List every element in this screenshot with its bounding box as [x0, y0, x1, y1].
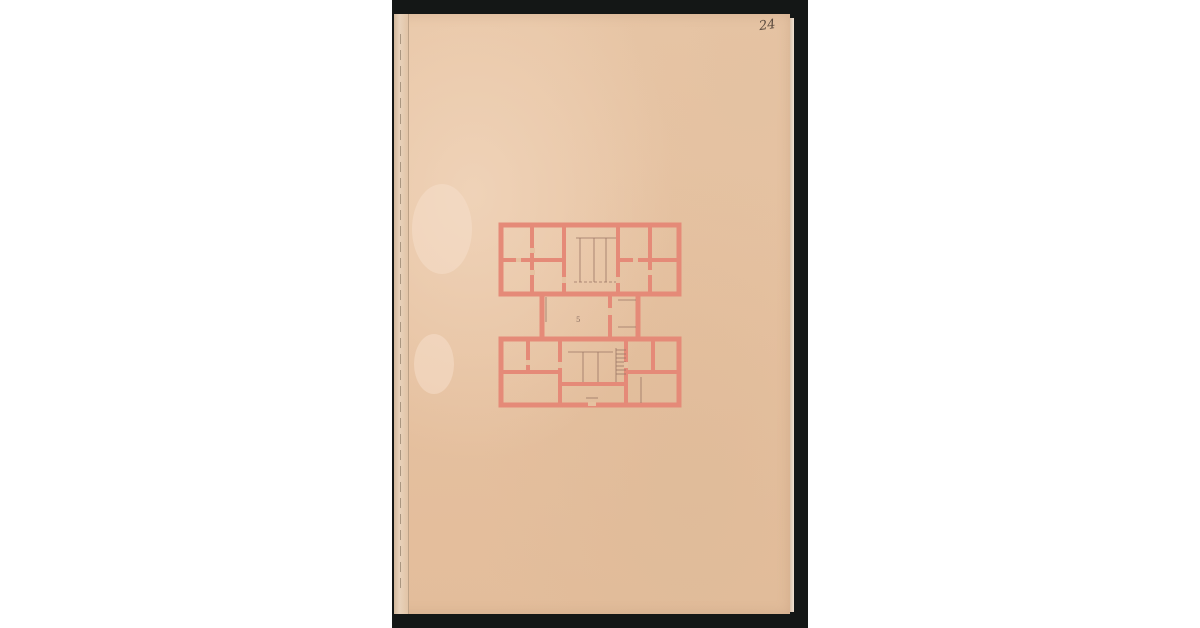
- paper-stain: [412, 184, 472, 274]
- manuscript-page: 24: [394, 14, 790, 614]
- paper-stain: [414, 334, 454, 394]
- page-binding-edge: [394, 14, 409, 614]
- binding-stitch: [400, 34, 401, 594]
- page-edge: [790, 18, 794, 612]
- plan-annotation: 5: [576, 316, 580, 324]
- folio-number: 24: [758, 17, 776, 34]
- image-canvas: 24: [0, 0, 1200, 628]
- floor-plan-drawing: 5: [498, 222, 682, 408]
